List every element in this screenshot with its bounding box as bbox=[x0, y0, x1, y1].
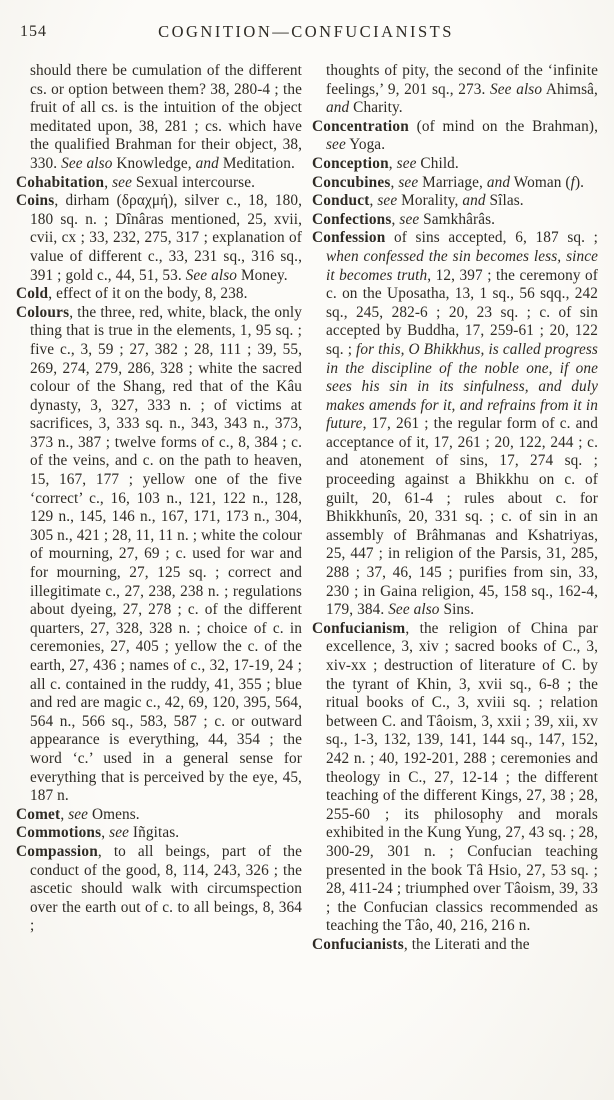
entry-text: Sins. bbox=[440, 601, 475, 618]
entry-text: ). bbox=[575, 174, 584, 191]
entry-text: Ahimsâ, bbox=[542, 81, 598, 98]
entry-comet: Comet, see Omens. bbox=[16, 806, 302, 825]
entry-confucianists: Confucianists, the Literati and the bbox=[312, 936, 598, 955]
entry-text: , effect of it on the body, 8, 238. bbox=[48, 285, 247, 302]
entry-text: Omens. bbox=[88, 806, 140, 823]
entry-italic-text: and bbox=[462, 192, 485, 209]
entry-text: Charity. bbox=[349, 99, 402, 116]
entry-text: (of mind on the Brahman), bbox=[409, 118, 598, 135]
entry-headword: Colours bbox=[16, 304, 69, 321]
entry-italic-text: See also bbox=[490, 81, 542, 98]
entry-text: of sins accepted, 6, 187 sq. ; bbox=[385, 229, 598, 246]
entry-text: Samkhârâs. bbox=[419, 211, 495, 228]
index-column-right: thoughts of pity, the second of the ‘inf… bbox=[312, 62, 598, 955]
entry-text: , the Literati and the bbox=[404, 936, 530, 953]
index-column-left: should there be cumulation of the differ… bbox=[16, 62, 302, 936]
entry-headword: Confections bbox=[312, 211, 392, 228]
entry-text: Marriage, bbox=[418, 174, 487, 191]
entry-italic-text: see bbox=[326, 136, 346, 153]
entry-compassion-continued: thoughts of pity, the second of the ‘inf… bbox=[312, 62, 598, 118]
entry-italic-text: See also bbox=[186, 267, 237, 284]
entry-italic-text: see bbox=[397, 155, 417, 172]
entry-text: , 17, 261 ; the regular form of c. and a… bbox=[326, 415, 598, 618]
entry-text: Yoga. bbox=[346, 136, 385, 153]
entry-text: Child. bbox=[417, 155, 459, 172]
entry-commotions: Commotions, see Iñgitas. bbox=[16, 824, 302, 843]
entry-text: Morality, bbox=[397, 192, 462, 209]
entry-headword: Concentration bbox=[312, 118, 409, 135]
page-number: 154 bbox=[20, 23, 47, 41]
entry-text: Sexual intercourse. bbox=[132, 174, 255, 191]
page-header: 154 COGNITION—CONFUCIANISTS bbox=[18, 22, 594, 46]
entry-confession: Confession of sins accepted, 6, 187 sq. … bbox=[312, 229, 598, 619]
entry-text: , bbox=[101, 824, 109, 841]
entry-headword: Concubines bbox=[312, 174, 391, 191]
entry-text: Knowledge, bbox=[112, 155, 195, 172]
entry-italic-text: See also bbox=[61, 155, 112, 172]
entry-italic-text: see bbox=[68, 806, 88, 823]
page-title: COGNITION—CONFUCIANISTS bbox=[18, 22, 594, 42]
entry-italic-text: and bbox=[487, 174, 510, 191]
entry-text: , bbox=[60, 806, 68, 823]
entry-headword: Compassion bbox=[16, 843, 98, 860]
entry-headword: Cold bbox=[16, 285, 48, 302]
entry-text: Woman ( bbox=[510, 174, 570, 191]
entry-headword: Conception bbox=[312, 155, 389, 172]
entry-headword: Comet bbox=[16, 806, 60, 823]
entry-text: , bbox=[104, 174, 112, 191]
entry-headword: Confucianism bbox=[312, 620, 405, 637]
entry-headword: Cohabitation bbox=[16, 174, 104, 191]
entry-headword: Conduct bbox=[312, 192, 370, 209]
entry-italic-text: See also bbox=[388, 601, 439, 618]
entry-conduct: Conduct, see Morality, and Sîlas. bbox=[312, 192, 598, 211]
entry-headword: Coins bbox=[16, 192, 54, 209]
entry-italic-text: see bbox=[377, 192, 397, 209]
entry-text: , the three, red, white, black, the only… bbox=[30, 304, 302, 804]
entry-headword: Commotions bbox=[16, 824, 101, 841]
entry-concubines: Concubines, see Marriage, and Woman (f). bbox=[312, 174, 598, 193]
entry-colours: Colours, the three, red, white, black, t… bbox=[16, 304, 302, 806]
entry-cold: Cold, effect of it on the body, 8, 238. bbox=[16, 285, 302, 304]
entry-italic-text: and bbox=[326, 99, 349, 116]
entry-confucianism: Confucianism, the religion of China par … bbox=[312, 620, 598, 936]
entry-italic-text: see bbox=[112, 174, 132, 191]
entry-headword: Confession bbox=[312, 229, 385, 246]
entry-confections: Confections, see Samkhârâs. bbox=[312, 211, 598, 230]
entry-text: Money. bbox=[237, 267, 288, 284]
entry-coins: Coins, dirham (δραχμή), silver c., 18, 1… bbox=[16, 192, 302, 285]
entry-italic-text: see bbox=[399, 211, 419, 228]
entry-cohabitation: Cohabitation, see Sexual intercourse. bbox=[16, 174, 302, 193]
entry-italic-text: and bbox=[196, 155, 219, 172]
entry-concentration: Concentration (of mind on the Brahman), … bbox=[312, 118, 598, 155]
entry-conception: Conception, see Child. bbox=[312, 155, 598, 174]
entry-text: , the religion of China par excellence, … bbox=[326, 620, 598, 935]
entry-text: Sîlas. bbox=[486, 192, 524, 209]
book-index-page: 154 COGNITION—CONFUCIANISTS should there… bbox=[0, 0, 614, 1100]
entry-italic-text: see bbox=[109, 824, 129, 841]
entry-compassion: Compassion, to all beings, part of the c… bbox=[16, 843, 302, 936]
entry-text: Meditation. bbox=[219, 155, 295, 172]
entry-cognition-continued: should there be cumulation of the differ… bbox=[16, 62, 302, 174]
entry-italic-text: see bbox=[398, 174, 418, 191]
entry-headword: Confucianists bbox=[312, 936, 404, 953]
entry-text: , bbox=[389, 155, 397, 172]
entry-text: Iñgitas. bbox=[129, 824, 179, 841]
